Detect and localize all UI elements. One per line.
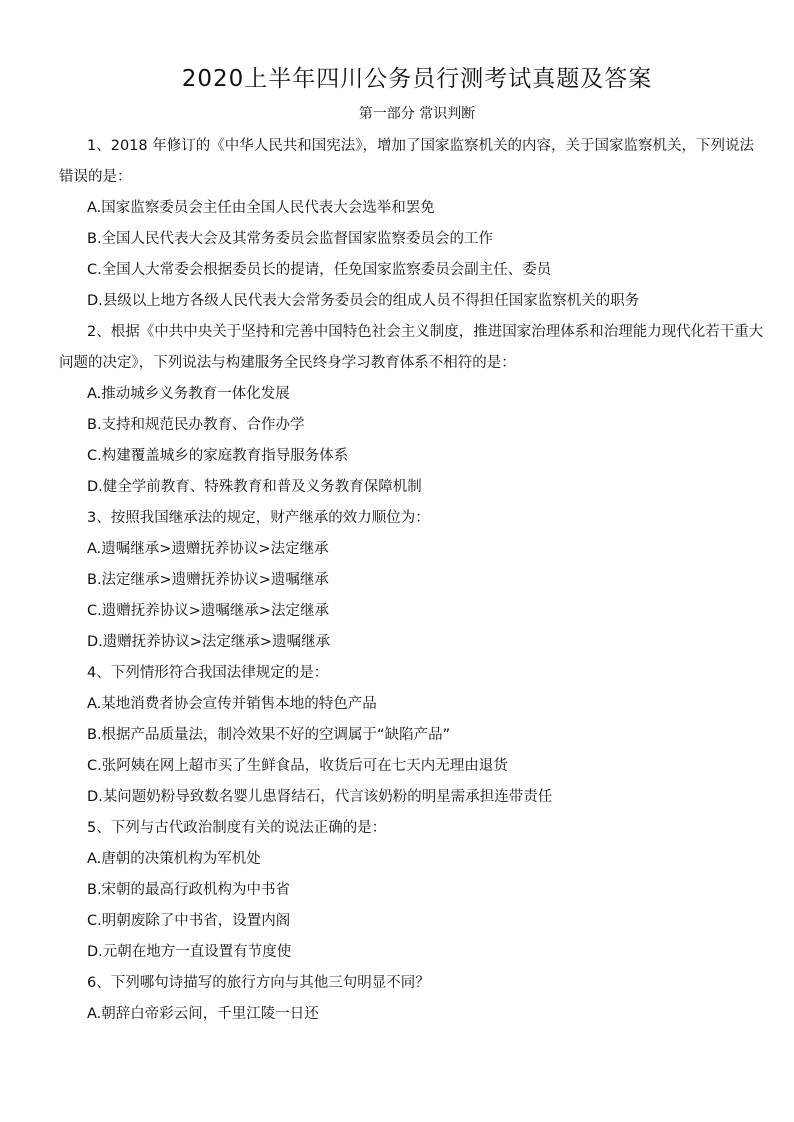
question-5-option-b: B.宋朝的最高行政机构为中书省 (59, 875, 735, 906)
question-4-stem: 4、下列情形符合我国法律规定的是： (59, 658, 735, 689)
question-1-option-d: D.县级以上地方各级人民代表大会常务委员会的组成人员不得担任国家监察机关的职务 (59, 286, 735, 317)
question-3-option-a: A.遗嘱继承>遗赠抚养协议>法定继承 (59, 534, 735, 565)
question-6-stem: 6、下列哪句诗描写的旅行方向与其他三句明显不同？ (59, 968, 735, 999)
question-4-option-c: C.张阿姨在网上超市买了生鲜食品，收货后可在七天内无理由退货 (59, 751, 735, 782)
question-2-stem-line-2: 问题的决定》，下列说法与构建服务全民终身学习教育体系不相符的是： (59, 348, 735, 379)
document-title: 2020上半年四川公务员行测考试真题及答案 (0, 60, 794, 93)
question-4-option-d: D.某问题奶粉导致数名婴儿患肾结石，代言该奶粉的明星需承担连带责任 (59, 782, 735, 813)
question-1-option-b: B.全国人民代表大会及其常务委员会监督国家监察委员会的工作 (59, 224, 735, 255)
question-5-option-d: D.元朝在地方一直设置有节度使 (59, 937, 735, 968)
question-3-option-c: C.遗赠抚养协议>遗嘱继承>法定继承 (59, 596, 735, 627)
question-2-option-b: B.支持和规范民办教育、合作办学 (59, 410, 735, 441)
question-1-option-c: C.全国人大常委会根据委员长的提请，任免国家监察委员会副主任、委员 (59, 255, 735, 286)
question-5-option-c: C.明朝废除了中书省，设置内阁 (59, 906, 735, 937)
question-2-option-d: D.健全学前教育、特殊教育和普及义务教育保障机制 (59, 472, 735, 503)
question-2-option-c: C.构建覆盖城乡的家庭教育指导服务体系 (59, 441, 735, 472)
question-5-stem: 5、下列与古代政治制度有关的说法正确的是： (59, 813, 735, 844)
question-3-stem: 3、按照我国继承法的规定，财产继承的效力顺位为： (59, 503, 735, 534)
question-3-option-b: B.法定继承>遗赠抚养协议>遗嘱继承 (59, 565, 735, 596)
question-5-option-a: A.唐朝的决策机构为军机处 (59, 844, 735, 875)
question-1-option-a: A.国家监察委员会主任由全国人民代表大会选举和罢免 (59, 193, 735, 224)
question-6-option-a: A.朝辞白帝彩云间，千里江陵一日还 (59, 999, 735, 1030)
question-2-option-a: A.推动城乡义务教育一体化发展 (59, 379, 735, 410)
section-heading: 第一部分 常识判断 (0, 103, 794, 123)
question-1-stem-line-2: 错误的是： (59, 162, 735, 193)
question-4-option-b: B.根据产品质量法，制冷效果不好的空调属于“缺陷产品” (59, 720, 735, 751)
question-4-option-a: A.某地消费者协会宣传并销售本地的特色产品 (59, 689, 735, 720)
document-page: 2020上半年四川公务员行测考试真题及答案 第一部分 常识判断 1、2018 年… (0, 0, 794, 1122)
question-3-option-d: D.遗赠抚养协议>法定继承>遗嘱继承 (59, 627, 735, 658)
document-body: 1、2018 年修订的《中华人民共和国宪法》，增加了国家监察机关的内容，关于国家… (59, 131, 735, 1030)
question-1-stem-line-1: 1、2018 年修订的《中华人民共和国宪法》，增加了国家监察机关的内容，关于国家… (59, 131, 735, 162)
question-2-stem-line-1: 2、根据《中共中央关于坚持和完善中国特色社会主义制度，推进国家治理体系和治理能力… (59, 317, 735, 348)
